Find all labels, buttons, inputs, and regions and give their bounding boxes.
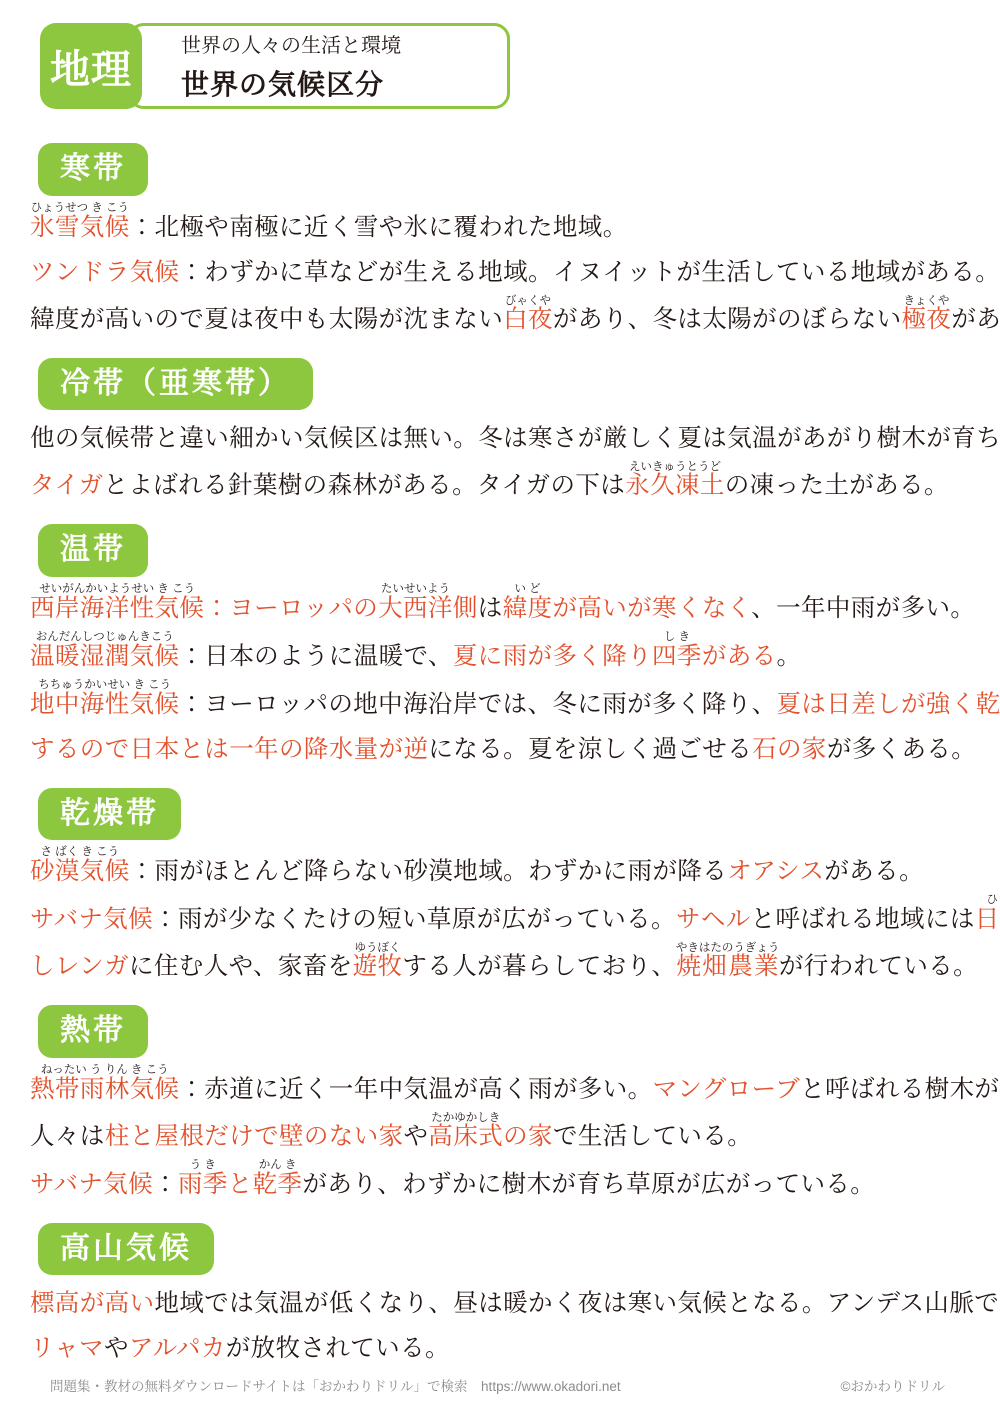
- text-run: がある。: [824, 858, 924, 885]
- title-box: 世界の人々の生活と環境 世界の気候区分: [128, 23, 510, 109]
- highlighted-term: マングローブ: [653, 1076, 801, 1103]
- climate-section: 乾燥帯砂漠気候さ ばく き こう：雨がほとんど降らない砂漠地域。わずかに雨が降る…: [0, 788, 1000, 990]
- section-heading-row: 高山気候: [38, 1223, 1000, 1276]
- text-run: ：: [153, 1171, 178, 1198]
- text-line: するので日本とは一年の降水量が逆になる。夏を涼しく過ごせる石の家が多くある。: [30, 727, 980, 772]
- highlighted-term: と: [228, 1171, 253, 1198]
- section-heading: 冷帯（亜寒帯）: [38, 358, 313, 411]
- text-run: になる。夏を涼しく過ごせる: [428, 736, 752, 763]
- text-line: リャマやアルパカが放牧されている。: [30, 1326, 980, 1371]
- text-run: で生活している。: [553, 1123, 752, 1150]
- text-run: がある。: [951, 306, 1000, 333]
- highlighted-term: 夏に雨が多く降り: [453, 643, 652, 670]
- highlighted-term: ：ヨーロッパの: [204, 595, 378, 622]
- highlighted-term: 高床式たかゆかしき: [428, 1123, 503, 1150]
- unit-subtitle: 世界の人々の生活と環境: [181, 29, 481, 58]
- climate-section: 冷帯（亜寒帯）他の気候帯と違い細かい気候区は無い。冬は寒さが厳しく夏は気温があが…: [0, 358, 1000, 509]
- text-run: の凍った土がある。: [725, 472, 949, 499]
- text-run: 他の気候帯と違い細かい気候区は無い。冬は寒さが厳しく夏は気温があがり樹木が育ち、: [30, 425, 1000, 452]
- text-line: 人々は柱と屋根だけで壁のない家や高床式たかゆかしきの家で生活している。: [30, 1112, 980, 1159]
- section-heading: 熱帯: [38, 1005, 148, 1058]
- highlighted-term: が高いが寒くなく: [552, 595, 751, 622]
- highlighted-term: サバナ気候: [30, 906, 153, 933]
- text-run: とよばれる針葉樹の森林がある。タイガの下は: [103, 472, 625, 499]
- text-run: ：北極や南極に近く雪や氷に覆われた地域。: [130, 214, 628, 241]
- section-heading: 高山気候: [38, 1223, 214, 1276]
- section-heading-row: 温帯: [38, 524, 1000, 577]
- text-line: 氷雪気候ひょうせつ き こう：北極や南極に近く雪や氷に覆われた地域。: [30, 202, 980, 250]
- climate-section: 熱帯熱帯雨林気候ねったい う りん き こう：赤道に近く一年中気温が高く雨が多い…: [0, 1005, 1000, 1207]
- text-line: 温暖湿潤気候おんだんしつじゅんきこう：日本のように温暖で、夏に雨が多く降り四季し…: [30, 631, 980, 679]
- highlighted-term: 極夜きょくや: [902, 306, 952, 333]
- text-line: 砂漠気候さ ばく き こう：雨がほとんど降らない砂漠地域。わずかに雨が降るオアシ…: [30, 846, 980, 894]
- worksheet-page: 地理 世界の人々の生活と環境 世界の気候区分 寒帯氷雪気候ひょうせつ き こう：…: [0, 0, 1000, 1415]
- text-line: サバナ気候：雨季う きと乾季かん きがあり、わずかに樹木が育ち草原が広がっている…: [30, 1159, 980, 1207]
- page-title: 世界の気候区分: [181, 63, 481, 103]
- highlighted-term: の家: [503, 1123, 553, 1150]
- section-heading: 寒帯: [38, 143, 148, 196]
- section-heading-row: 冷帯（亜寒帯）: [38, 358, 1000, 411]
- highlighted-term: 緯度い ど: [503, 595, 553, 622]
- text-run: があり、冬は太陽がのぼらない: [553, 306, 902, 333]
- highlighted-term: するので日本とは一年の降水量が逆: [30, 736, 428, 763]
- highlighted-term: 氷雪気候ひょうせつ き こう: [30, 214, 130, 241]
- highlighted-term: サヘル: [676, 906, 751, 933]
- section-heading-row: 乾燥帯: [38, 788, 1000, 841]
- highlighted-term: 永久凍土えいきゅうとうど: [625, 472, 725, 499]
- highlighted-term: 夏は日差しが強く乾燥: [777, 691, 1000, 718]
- text-run: ：ヨーロッパの地中海沿岸では、冬に雨が多く降り、: [179, 691, 776, 718]
- footer-copyright: ©おかわりドリル: [841, 1375, 945, 1395]
- text-run: が放牧されている。: [226, 1335, 450, 1362]
- section-heading: 乾燥帯: [38, 788, 181, 841]
- content-area: 寒帯氷雪気候ひょうせつ き こう：北極や南極に近く雪や氷に覆われた地域。ツンドラ…: [0, 143, 1000, 1371]
- text-line: しレンガに住む人や、家畜を遊牧ゆうぼくする人が暮らしており、焼畑農業やきはたのう…: [30, 942, 980, 989]
- page-header: 地理 世界の人々の生活と環境 世界の気候区分: [40, 23, 1000, 109]
- highlighted-term: 温暖湿潤気候おんだんしつじゅんきこう: [30, 643, 179, 670]
- text-run: する人が暮らしており、: [402, 953, 676, 980]
- text-run: 地域では気温が低くなり、昼は暖かく夜は寒い気候となる。アンデス山脈では: [155, 1290, 1000, 1317]
- text-run: 緯度が高いので夏は夜中も太陽が沈まない: [30, 306, 503, 333]
- text-run: と呼ばれる地域には: [751, 906, 975, 933]
- text-run: や: [104, 1335, 129, 1362]
- climate-section: 寒帯氷雪気候ひょうせつ き こう：北極や南極に近く雪や氷に覆われた地域。ツンドラ…: [0, 143, 1000, 342]
- climate-section: 温帯西岸海洋性気候せいがんかいようせい き こう：ヨーロッパの大西洋たいせいよう…: [0, 524, 1000, 772]
- section-heading: 温帯: [38, 524, 148, 577]
- highlighted-term: 柱と屋根だけで壁のない家: [105, 1123, 404, 1150]
- highlighted-term: オアシス: [727, 858, 824, 885]
- highlighted-term: 地中海性気候ちちゅうかいせい き こう: [30, 691, 179, 718]
- text-line: ツンドラ気候：わずかに草などが生える地域。イヌイットが生活している地域がある。: [30, 250, 980, 295]
- text-run: に住む人や、家畜を: [129, 953, 353, 980]
- highlighted-term: 焼畑農業やきはたのうぎょう: [676, 953, 779, 980]
- highlighted-term: 側: [453, 595, 478, 622]
- highlighted-term: タイガ: [30, 472, 103, 499]
- text-run: が多くある。: [827, 736, 976, 763]
- highlighted-term: 西岸海洋性気候せいがんかいようせい き こう: [30, 595, 204, 622]
- text-run: 。: [777, 643, 802, 670]
- text-run: 、一年中雨が多い。: [751, 595, 975, 622]
- highlighted-term: 砂漠気候さ ばく き こう: [30, 858, 130, 885]
- highlighted-term: 石の家: [752, 736, 827, 763]
- text-run: 人々は: [30, 1123, 105, 1150]
- text-line: タイガとよばれる針葉樹の森林がある。タイガの下は永久凍土えいきゅうとうどの凍った…: [30, 461, 980, 508]
- page-footer: 問題集・教材の無料ダウンロードサイトは「おかわりドリル」で検索 https://…: [50, 1375, 945, 1395]
- highlighted-term: 日干ひ ぼ: [975, 906, 1000, 933]
- text-run: ：日本のように温暖で、: [179, 643, 452, 670]
- highlighted-term: 標高が高い: [30, 1290, 155, 1317]
- section-heading-row: 熱帯: [38, 1005, 1000, 1058]
- highlighted-term: 白夜びゃくや: [503, 306, 553, 333]
- text-line: 標高が高い地域では気温が低くなり、昼は暖かく夜は寒い気候となる。アンデス山脈では: [30, 1281, 980, 1326]
- text-line: 他の気候帯と違い細かい気候区は無い。冬は寒さが厳しく夏は気温があがり樹木が育ち、: [30, 416, 980, 461]
- text-line: サバナ気候：雨が少なくたけの短い草原が広がっている。サヘルと呼ばれる地域には日干…: [30, 894, 980, 942]
- highlighted-term: アルパカ: [129, 1335, 226, 1362]
- text-run: と呼ばれる樹木が育ち、: [800, 1076, 1000, 1103]
- highlighted-term: 四季し き: [652, 643, 702, 670]
- highlighted-term: しレンガ: [30, 953, 129, 980]
- text-run: ：雨が少なくたけの短い草原が広がっている。: [153, 906, 676, 933]
- highlighted-term: ツンドラ気候: [30, 259, 179, 286]
- highlighted-term: サバナ気候: [30, 1171, 153, 1198]
- text-line: 地中海性気候ちちゅうかいせい き こう：ヨーロッパの地中海沿岸では、冬に雨が多く…: [30, 679, 980, 727]
- text-line: 西岸海洋性気候せいがんかいようせい き こう：ヨーロッパの大西洋たいせいよう側は…: [30, 583, 980, 631]
- text-run: があり、わずかに樹木が育ち草原が広がっている。: [302, 1171, 875, 1198]
- highlighted-term: 乾季かん き: [253, 1171, 303, 1198]
- climate-section: 高山気候標高が高い地域では気温が低くなり、昼は暖かく夜は寒い気候となる。アンデス…: [0, 1223, 1000, 1372]
- text-run: が行われている。: [779, 953, 978, 980]
- text-run: ：雨がほとんど降らない砂漠地域。わずかに雨が降る: [130, 858, 728, 885]
- subject-badge: 地理: [40, 23, 142, 109]
- highlighted-term: 大西洋たいせいよう: [378, 595, 453, 622]
- text-run: や: [404, 1123, 429, 1150]
- text-run: は: [478, 595, 503, 622]
- footer-site-note: 問題集・教材の無料ダウンロードサイトは「おかわりドリル」で検索 https://…: [50, 1375, 621, 1395]
- text-run: ：赤道に近く一年中気温が高く雨が多い。: [179, 1076, 652, 1103]
- text-line: 熱帯雨林気候ねったい う りん き こう：赤道に近く一年中気温が高く雨が多い。マ…: [30, 1064, 980, 1112]
- highlighted-term: がある: [702, 643, 777, 670]
- highlighted-term: 遊牧ゆうぼく: [353, 953, 403, 980]
- section-heading-row: 寒帯: [38, 143, 1000, 196]
- highlighted-term: 雨季う き: [178, 1171, 228, 1198]
- highlighted-term: リャマ: [30, 1335, 104, 1362]
- text-line: 緯度が高いので夏は夜中も太陽が沈まない白夜びゃくやがあり、冬は太陽がのぼらない極…: [30, 295, 980, 342]
- text-run: ：わずかに草などが生える地域。イヌイットが生活している地域がある。: [179, 259, 1000, 286]
- highlighted-term: 熱帯雨林気候ねったい う りん き こう: [30, 1076, 179, 1103]
